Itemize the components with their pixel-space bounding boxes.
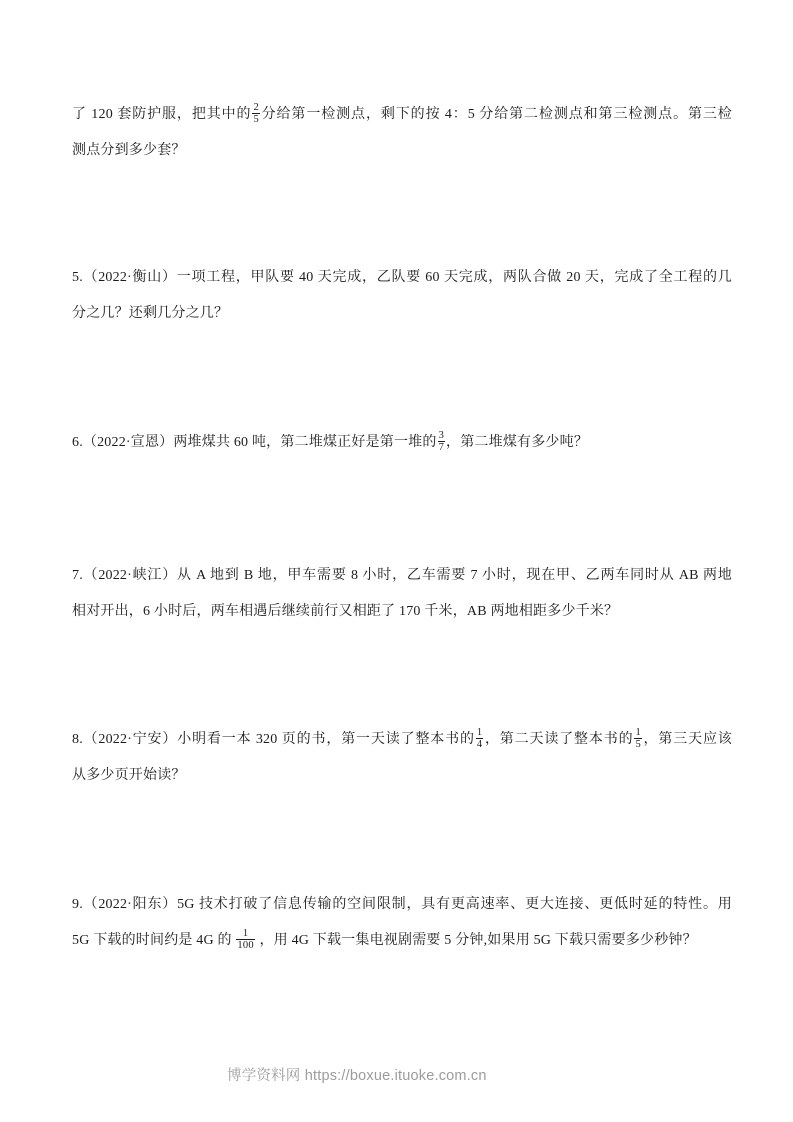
fraction-2-5: 25: [252, 102, 259, 126]
fraction-1-5: 15: [634, 727, 641, 751]
problem-text: ，用 4G 下载一集电视剧需要 5 分钟,如果用 5G 下载只需要多少秒钟？: [256, 933, 697, 948]
fraction-3-7: 37: [438, 430, 445, 454]
problem-text: 6.（2022·宣恩）两堆煤共 60 吨，第二堆煤正好是第一堆的: [72, 435, 437, 450]
problem-7: 7.（2022·峡江）从 A 地到 B 地，甲车需要 8 小时，乙车需要 7 小…: [72, 558, 732, 630]
problem-text: 7.（2022·峡江）从 A 地到 B 地，甲车需要 8 小时，乙车需要 7 小…: [72, 568, 732, 583]
fraction-numerator: 1: [243, 928, 248, 940]
text-line: 7.（2022·峡江）从 A 地到 B 地，甲车需要 8 小时，乙车需要 7 小…: [72, 558, 732, 594]
fraction-1-4: 14: [476, 727, 483, 751]
problem-4-continuation: 了 120 套防护服，把其中的25分给第一检测点，剩下的按 4：5 分给第二检测…: [72, 97, 732, 169]
problem-text: 从多少页开始读？: [72, 768, 186, 783]
problem-text: 9.（2022·阳东）5G 技术打破了信息传输的空间限制，具有更高速率、更大连接…: [72, 897, 732, 912]
problem-text: ，第二天读了整本书的: [484, 732, 633, 747]
text-line: 了 120 套防护服，把其中的25分给第一检测点，剩下的按 4：5 分给第二检测…: [72, 97, 732, 133]
problem-text: 分之几？还剩几分之几？: [72, 306, 228, 321]
problem-text: 了 120 套防护服，把其中的: [72, 107, 251, 122]
problem-text: ，第三天应该: [643, 732, 732, 747]
problem-9: 9.（2022·阳东）5G 技术打破了信息传输的空间限制，具有更高速率、更大连接…: [72, 887, 732, 959]
text-line: 从多少页开始读？: [72, 758, 732, 794]
problem-text: 8.（2022·宁安）小明看一本 320 页的书，第一天读了整本书的: [72, 732, 475, 747]
text-line: 5G 下载的时间约是 4G 的 1100 ，用 4G 下载一集电视剧需要 5 分…: [72, 923, 732, 959]
fraction-denominator: 100: [236, 939, 254, 952]
fraction-denominator: 7: [438, 441, 445, 454]
fraction-1-100: 1100: [236, 928, 254, 952]
fraction-numerator: 3: [439, 430, 444, 442]
problem-text: ，第二堆煤有多少吨？: [446, 435, 588, 450]
problem-text: 相对开出，6 小时后，两车相遇后继续前行又相距了 170 千米，AB 两地相距多…: [72, 604, 618, 619]
worksheet-page: 了 120 套防护服，把其中的25分给第一检测点，剩下的按 4：5 分给第二检测…: [0, 0, 793, 1122]
problem-text: 分给第一检测点，剩下的按 4：5 分给第二检测点和第三检测点。第三检: [261, 107, 732, 122]
footer-watermark: 博学资料网 https://boxue.ituoke.com.cn: [227, 1066, 487, 1086]
text-line: 相对开出，6 小时后，两车相遇后继续前行又相距了 170 千米，AB 两地相距多…: [72, 594, 732, 630]
problem-8: 8.（2022·宁安）小明看一本 320 页的书，第一天读了整本书的14，第二天…: [72, 722, 732, 794]
fraction-numerator: 1: [477, 727, 482, 739]
fraction-numerator: 1: [635, 727, 640, 739]
text-line: 分之几？还剩几分之几？: [72, 296, 732, 332]
text-line: 5.（2022·衡山）一项工程，甲队要 40 天完成，乙队要 60 天完成，两队…: [72, 260, 732, 296]
fraction-numerator: 2: [253, 102, 258, 114]
fraction-denominator: 5: [634, 738, 641, 751]
problem-5: 5.（2022·衡山）一项工程，甲队要 40 天完成，乙队要 60 天完成，两队…: [72, 260, 732, 332]
fraction-denominator: 5: [252, 113, 259, 126]
text-line: 6.（2022·宣恩）两堆煤共 60 吨，第二堆煤正好是第一堆的37，第二堆煤有…: [72, 425, 732, 461]
problem-text: 测点分到多少套？: [72, 143, 186, 158]
problem-text: 5.（2022·衡山）一项工程，甲队要 40 天完成，乙队要 60 天完成，两队…: [72, 270, 732, 285]
text-line: 9.（2022·阳东）5G 技术打破了信息传输的空间限制，具有更高速率、更大连接…: [72, 887, 732, 923]
text-line: 8.（2022·宁安）小明看一本 320 页的书，第一天读了整本书的14，第二天…: [72, 722, 732, 758]
problem-text: 5G 下载的时间约是 4G 的: [72, 933, 235, 948]
problem-6: 6.（2022·宣恩）两堆煤共 60 吨，第二堆煤正好是第一堆的37，第二堆煤有…: [72, 425, 732, 461]
text-line: 测点分到多少套？: [72, 133, 732, 169]
fraction-denominator: 4: [476, 738, 483, 751]
